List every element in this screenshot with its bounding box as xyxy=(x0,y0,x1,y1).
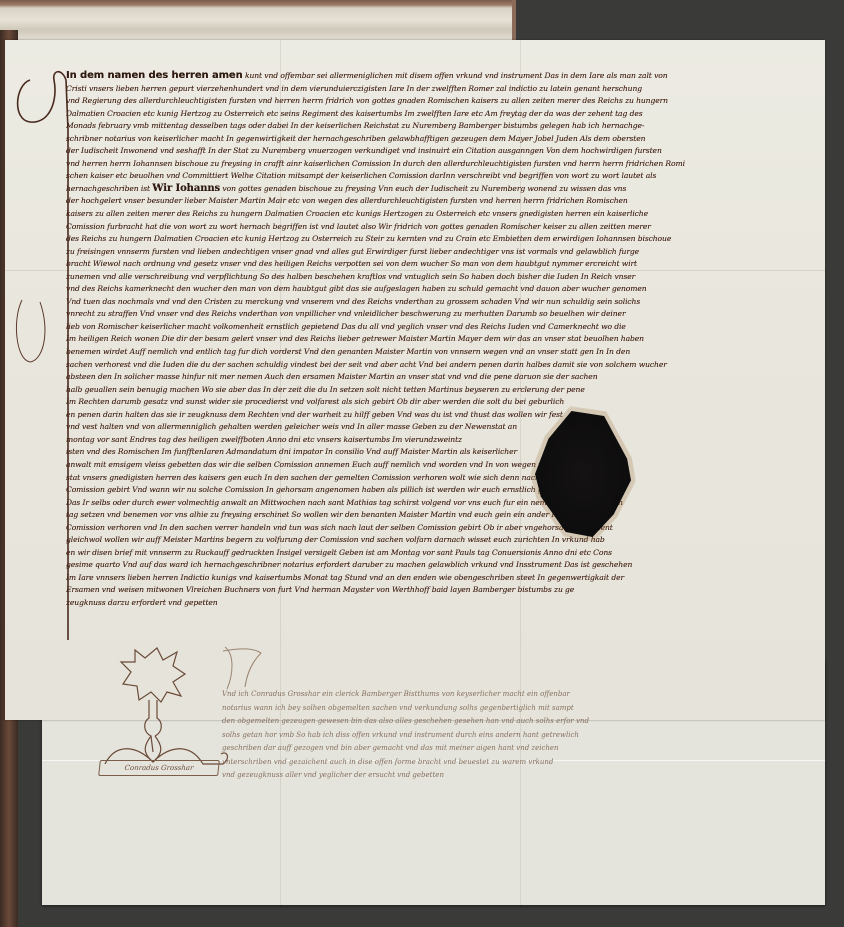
text-line: Dalmatien Croacien etc kunig Hertzog zu … xyxy=(66,108,811,121)
text-line: montag vor sant Endres tag des heiligen … xyxy=(66,434,811,447)
text-line: en wir disen brief mit vnnserm zu Ruckau… xyxy=(66,547,811,560)
text-line: vnd vest halten vnd von allermenniglich … xyxy=(66,421,811,434)
text-line: isten vnd des Romischen Im funfftenIaren… xyxy=(66,446,811,459)
text-line: gesime quarto Vnd auf das ward ich herna… xyxy=(66,559,811,572)
subscription-line: geschriben dar auff gezogen vnd bin aber… xyxy=(222,742,662,756)
text-line: hernachgeschriben ist Wir Iohanns von go… xyxy=(66,183,811,196)
text-line: bracht Wiewol nach ordnung vnd gesetz vn… xyxy=(66,258,811,271)
text-line: vnd Regierung des allerdurchleuchtigiste… xyxy=(66,95,811,108)
text-line: Im heiligen Reich wonen Die dir der besa… xyxy=(66,333,811,346)
document-photograph: In dem namen des herren amen kunt vnd of… xyxy=(0,0,844,927)
text-line: kaisers zu allen zeiten merer des Reichs… xyxy=(66,208,811,221)
text-line: Comission verhoren vnd In den sachen ver… xyxy=(66,522,811,535)
text-line: stat vnsers gnedigisten herren des kaise… xyxy=(66,472,811,485)
text-line: benemen wirdet Auff nemlich vnd entlich … xyxy=(66,346,811,359)
text-line: zu freisingen vnnserm fursten vnd lieben… xyxy=(66,246,811,259)
text-line: Ersamen vnd weisen mitwonen Vlreichen Bu… xyxy=(66,584,811,597)
text-line: zeugknuss darzu erfordert vnd gepetten xyxy=(66,597,811,610)
text-line: vnd herren herrn Iohannsen bischoue zu f… xyxy=(66,158,811,171)
text-line: Comission furbracht hat die von wort zu … xyxy=(66,221,811,234)
notarial-subscription: Vnd ich Conradus Grosshar ein clerick Ba… xyxy=(222,688,662,783)
text-line: des Reichs zu hungern Dalmatien Croacien… xyxy=(66,233,811,246)
text-line: sachen verhorest vnd die Iuden die du de… xyxy=(66,359,811,372)
text-line: Vnd tuen das nochmals vnd vnd den Criste… xyxy=(66,296,811,309)
opening-invocation: In dem namen des herren amen xyxy=(66,70,243,81)
notarial-sign-scroll: Conradus Grosshar xyxy=(98,760,220,776)
text-line: en penen darin halten das sie ir zeugknu… xyxy=(66,409,811,422)
initial-letter-flourish-icon xyxy=(10,40,70,740)
text-line: Monads february vmb mittentag desselben … xyxy=(66,120,811,133)
text-line: Comission gebirt Vnd wann wir nu solche … xyxy=(66,484,811,497)
subscription-line: vnd gezeugknuss aller vnd yeglicher der … xyxy=(222,769,662,783)
book-page-edges xyxy=(0,0,516,40)
text-line: der Iudischeit Inwonend vnd seshafft In … xyxy=(66,145,811,158)
text-line: Im Iare vnnsers lieben herren Indictio k… xyxy=(66,572,811,585)
subscription-line: vnterschriben vnd gezaichent auch in dis… xyxy=(222,756,662,770)
text-line: anwalt mit emsigem vleiss gebetten das w… xyxy=(66,459,811,472)
text-line: gleichwol wollen wir auff Meister Martin… xyxy=(66,534,811,547)
subscription-line: solhs getan hor vmb So hab ich diss offe… xyxy=(222,729,662,743)
text-line: tag setzen vnd benemen vor vns alhie zu … xyxy=(66,509,811,522)
text-line: schen kaiser etc beuolhen vnd Committier… xyxy=(66,170,811,183)
notarial-sign-icon xyxy=(95,640,235,780)
text-line: lieb von Romischer keiserlicher macht vo… xyxy=(66,321,811,334)
text-line: absteen den In solicher masse hinfur nit… xyxy=(66,371,811,384)
text-line: vnd des Reichs kamerknecht den wucher de… xyxy=(66,283,811,296)
emphasized-name: Wir Iohanns xyxy=(152,183,220,194)
charter-main-text: In dem namen des herren amen kunt vnd of… xyxy=(66,70,811,610)
subscription-line: den obgemelten gezeugen gewesen bin das … xyxy=(222,715,662,729)
subscription-line: Vnd ich Conradus Grosshar ein clerick Ba… xyxy=(222,688,662,702)
text-line: schribner notarius von keiserlicher mach… xyxy=(66,133,811,146)
text-line: Im Rechten darumb gesatz vnd sunst wider… xyxy=(66,396,811,409)
text-line: halb geuallen sein benugig machen Wo sie… xyxy=(66,384,811,397)
text-line-1: In dem namen des herren amen kunt vnd of… xyxy=(66,70,811,83)
text-line: Das Ir selbs oder durch ewer volmechtig … xyxy=(66,497,811,510)
text-line: der hochgelert vnser besunder lieber Mai… xyxy=(66,195,811,208)
subscription-line: notarius wann ich bey solhen obgemelten … xyxy=(222,702,662,716)
text-line: Cristi vnsers lieben herren gepurt vierz… xyxy=(66,83,811,96)
text-line: zunemen vnd alle verschreibung vnd verpf… xyxy=(66,271,811,284)
text-line: vnrecht zu straffen Vnd vnser vnd des Re… xyxy=(66,308,811,321)
